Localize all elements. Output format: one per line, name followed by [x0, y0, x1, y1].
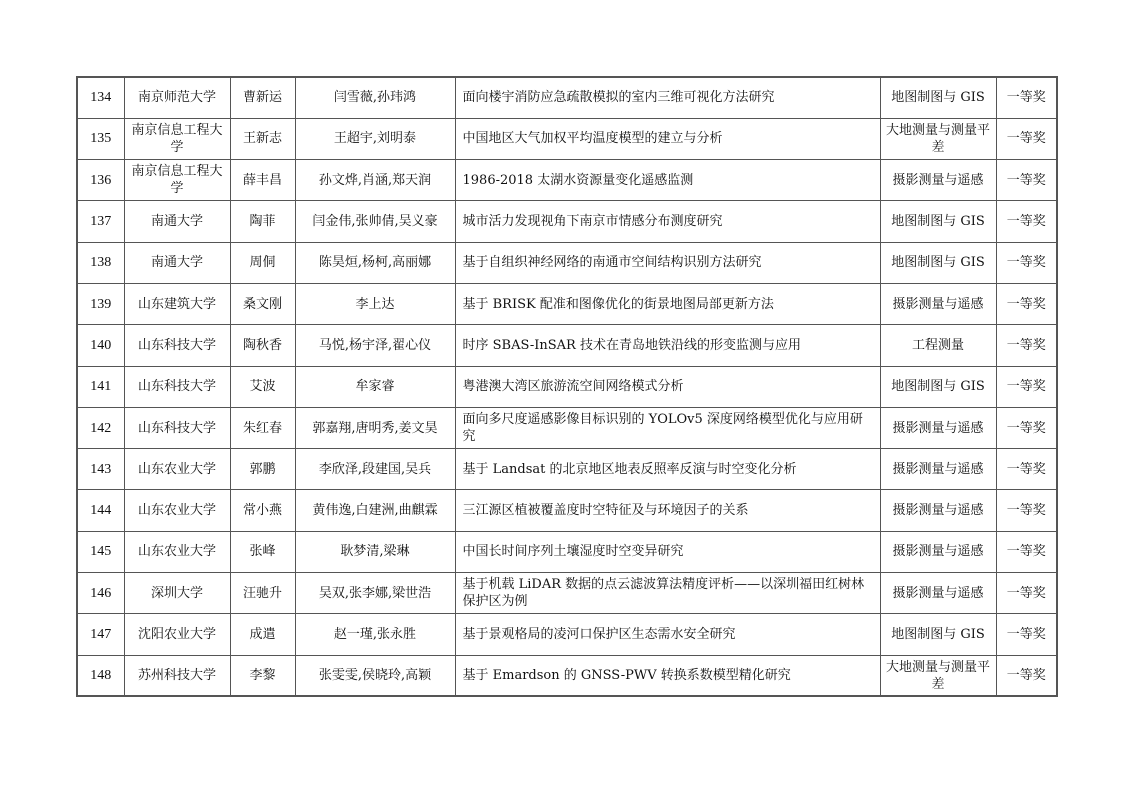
advisor-cell: 汪驰升 [230, 573, 295, 614]
school-cell: 南京师范大学 [124, 77, 230, 118]
members-cell: 孙文烨,肖涵,郑天润 [295, 160, 455, 201]
school-cell: 苏州科技大学 [124, 655, 230, 696]
table-row: 141 山东科技大学 艾波 牟家睿 粤港澳大湾区旅游流空间网络模式分析 地图制图… [77, 366, 1057, 407]
row-number: 144 [77, 490, 124, 531]
project-title-cell: 基于机载 LiDAR 数据的点云滤波算法精度评析——以深圳福田红树林保护区为例 [455, 573, 880, 614]
category-cell: 地图制图与 GIS [880, 366, 996, 407]
members-cell: 陈昊烜,杨柯,高丽娜 [295, 242, 455, 283]
awards-table: 134 南京师范大学 曹新运 闫雪薇,孙玮鸿 面向楼宇消防应急疏散模拟的室内三维… [76, 76, 1058, 697]
category-cell: 摄影测量与遥感 [880, 490, 996, 531]
row-number: 147 [77, 614, 124, 655]
row-number: 134 [77, 77, 124, 118]
award-cell: 一等奖 [996, 407, 1057, 448]
advisor-cell: 郭鹏 [230, 449, 295, 490]
table-row: 139 山东建筑大学 桑文刚 李上达 基于 BRISK 配准和图像优化的街景地图… [77, 283, 1057, 324]
category-cell: 大地测量与测量平差 [880, 118, 996, 159]
project-title-cell: 基于 Landsat 的北京地区地表反照率反演与时空变化分析 [455, 449, 880, 490]
members-cell: 赵一瑾,张永胜 [295, 614, 455, 655]
document-page: 134 南京师范大学 曹新运 闫雪薇,孙玮鸿 面向楼宇消防应急疏散模拟的室内三维… [0, 0, 1123, 794]
school-cell: 南京信息工程大学 [124, 118, 230, 159]
advisor-cell: 曹新运 [230, 77, 295, 118]
row-number: 143 [77, 449, 124, 490]
award-cell: 一等奖 [996, 160, 1057, 201]
table-row: 135 南京信息工程大学 王新志 王超宇,刘明泰 中国地区大气加权平均温度模型的… [77, 118, 1057, 159]
row-number: 138 [77, 242, 124, 283]
table-row: 142 山东科技大学 朱红春 郭嘉翔,唐明秀,姜文昊 面向多尺度遥感影像目标识别… [77, 407, 1057, 448]
advisor-cell: 成遣 [230, 614, 295, 655]
row-number: 139 [77, 283, 124, 324]
project-title-cell: 面向楼宇消防应急疏散模拟的室内三维可视化方法研究 [455, 77, 880, 118]
school-cell: 南通大学 [124, 201, 230, 242]
members-cell: 王超宇,刘明泰 [295, 118, 455, 159]
row-number: 135 [77, 118, 124, 159]
members-cell: 马悦,杨宇泽,翟心仪 [295, 325, 455, 366]
award-cell: 一等奖 [996, 201, 1057, 242]
award-cell: 一等奖 [996, 655, 1057, 696]
table-row: 144 山东农业大学 常小燕 黄伟逸,白建洲,曲麒霖 三江源区植被覆盖度时空特征… [77, 490, 1057, 531]
award-cell: 一等奖 [996, 283, 1057, 324]
project-title-cell: 中国长时间序列土壤湿度时空变异研究 [455, 531, 880, 572]
award-cell: 一等奖 [996, 614, 1057, 655]
table-row: 147 沈阳农业大学 成遣 赵一瑾,张永胜 基于景观格局的凌河口保护区生态需水安… [77, 614, 1057, 655]
school-cell: 山东科技大学 [124, 325, 230, 366]
category-cell: 摄影测量与遥感 [880, 283, 996, 324]
award-cell: 一等奖 [996, 77, 1057, 118]
award-cell: 一等奖 [996, 366, 1057, 407]
category-cell: 大地测量与测量平差 [880, 655, 996, 696]
advisor-cell: 桑文刚 [230, 283, 295, 324]
advisor-cell: 朱红春 [230, 407, 295, 448]
school-cell: 山东科技大学 [124, 366, 230, 407]
award-cell: 一等奖 [996, 242, 1057, 283]
category-cell: 摄影测量与遥感 [880, 407, 996, 448]
category-cell: 摄影测量与遥感 [880, 531, 996, 572]
members-cell: 李欣泽,段建国,吴兵 [295, 449, 455, 490]
members-cell: 张雯雯,侯晓玲,高颖 [295, 655, 455, 696]
table-row: 137 南通大学 陶菲 闫金伟,张帅倩,吴义豪 城市活力发现视角下南京市情感分布… [77, 201, 1057, 242]
table-row: 148 苏州科技大学 李黎 张雯雯,侯晓玲,高颖 基于 Emardson 的 G… [77, 655, 1057, 696]
members-cell: 吴双,张李娜,梁世浩 [295, 573, 455, 614]
category-cell: 摄影测量与遥感 [880, 573, 996, 614]
category-cell: 地图制图与 GIS [880, 614, 996, 655]
advisor-cell: 常小燕 [230, 490, 295, 531]
table-row: 146 深圳大学 汪驰升 吴双,张李娜,梁世浩 基于机载 LiDAR 数据的点云… [77, 573, 1057, 614]
category-cell: 工程测量 [880, 325, 996, 366]
project-title-cell: 基于 BRISK 配准和图像优化的街景地图局部更新方法 [455, 283, 880, 324]
project-title-cell: 中国地区大气加权平均温度模型的建立与分析 [455, 118, 880, 159]
award-cell: 一等奖 [996, 490, 1057, 531]
advisor-cell: 陶秋香 [230, 325, 295, 366]
project-title-cell: 三江源区植被覆盖度时空特征及与环境因子的关系 [455, 490, 880, 531]
advisor-cell: 李黎 [230, 655, 295, 696]
category-cell: 地图制图与 GIS [880, 242, 996, 283]
table-row: 143 山东农业大学 郭鹏 李欣泽,段建国,吴兵 基于 Landsat 的北京地… [77, 449, 1057, 490]
category-cell: 地图制图与 GIS [880, 77, 996, 118]
category-cell: 地图制图与 GIS [880, 201, 996, 242]
members-cell: 牟家睿 [295, 366, 455, 407]
project-title-cell: 时序 SBAS-InSAR 技术在青岛地铁沿线的形变监测与应用 [455, 325, 880, 366]
table-row: 145 山东农业大学 张峰 耿梦清,梁琳 中国长时间序列土壤湿度时空变异研究 摄… [77, 531, 1057, 572]
project-title-cell: 面向多尺度遥感影像目标识别的 YOLOv5 深度网络模型优化与应用研究 [455, 407, 880, 448]
school-cell: 深圳大学 [124, 573, 230, 614]
school-cell: 山东农业大学 [124, 490, 230, 531]
school-cell: 沈阳农业大学 [124, 614, 230, 655]
school-cell: 山东科技大学 [124, 407, 230, 448]
row-number: 146 [77, 573, 124, 614]
award-cell: 一等奖 [996, 531, 1057, 572]
award-cell: 一等奖 [996, 325, 1057, 366]
school-cell: 山东农业大学 [124, 449, 230, 490]
row-number: 136 [77, 160, 124, 201]
project-title-cell: 基于景观格局的凌河口保护区生态需水安全研究 [455, 614, 880, 655]
advisor-cell: 薛丰昌 [230, 160, 295, 201]
row-number: 148 [77, 655, 124, 696]
school-cell: 山东农业大学 [124, 531, 230, 572]
award-cell: 一等奖 [996, 449, 1057, 490]
project-title-cell: 粤港澳大湾区旅游流空间网络模式分析 [455, 366, 880, 407]
project-title-cell: 城市活力发现视角下南京市情感分布测度研究 [455, 201, 880, 242]
table-row: 136 南京信息工程大学 薛丰昌 孙文烨,肖涵,郑天润 1986-2018 太湖… [77, 160, 1057, 201]
members-cell: 黄伟逸,白建洲,曲麒霖 [295, 490, 455, 531]
advisor-cell: 陶菲 [230, 201, 295, 242]
table-row: 134 南京师范大学 曹新运 闫雪薇,孙玮鸿 面向楼宇消防应急疏散模拟的室内三维… [77, 77, 1057, 118]
members-cell: 闫雪薇,孙玮鸿 [295, 77, 455, 118]
advisor-cell: 周侗 [230, 242, 295, 283]
school-cell: 南京信息工程大学 [124, 160, 230, 201]
award-cell: 一等奖 [996, 118, 1057, 159]
advisor-cell: 艾波 [230, 366, 295, 407]
project-title-cell: 基于 Emardson 的 GNSS-PWV 转换系数模型精化研究 [455, 655, 880, 696]
members-cell: 李上达 [295, 283, 455, 324]
category-cell: 摄影测量与遥感 [880, 160, 996, 201]
members-cell: 郭嘉翔,唐明秀,姜文昊 [295, 407, 455, 448]
members-cell: 耿梦清,梁琳 [295, 531, 455, 572]
row-number: 142 [77, 407, 124, 448]
award-cell: 一等奖 [996, 573, 1057, 614]
row-number: 137 [77, 201, 124, 242]
table-row: 138 南通大学 周侗 陈昊烜,杨柯,高丽娜 基于自组织神经网络的南通市空间结构… [77, 242, 1057, 283]
category-cell: 摄影测量与遥感 [880, 449, 996, 490]
project-title-cell: 1986-2018 太湖水资源量变化遥感监测 [455, 160, 880, 201]
school-cell: 南通大学 [124, 242, 230, 283]
row-number: 140 [77, 325, 124, 366]
project-title-cell: 基于自组织神经网络的南通市空间结构识别方法研究 [455, 242, 880, 283]
advisor-cell: 王新志 [230, 118, 295, 159]
table-row: 140 山东科技大学 陶秋香 马悦,杨宇泽,翟心仪 时序 SBAS-InSAR … [77, 325, 1057, 366]
row-number: 141 [77, 366, 124, 407]
advisor-cell: 张峰 [230, 531, 295, 572]
members-cell: 闫金伟,张帅倩,吴义豪 [295, 201, 455, 242]
row-number: 145 [77, 531, 124, 572]
school-cell: 山东建筑大学 [124, 283, 230, 324]
